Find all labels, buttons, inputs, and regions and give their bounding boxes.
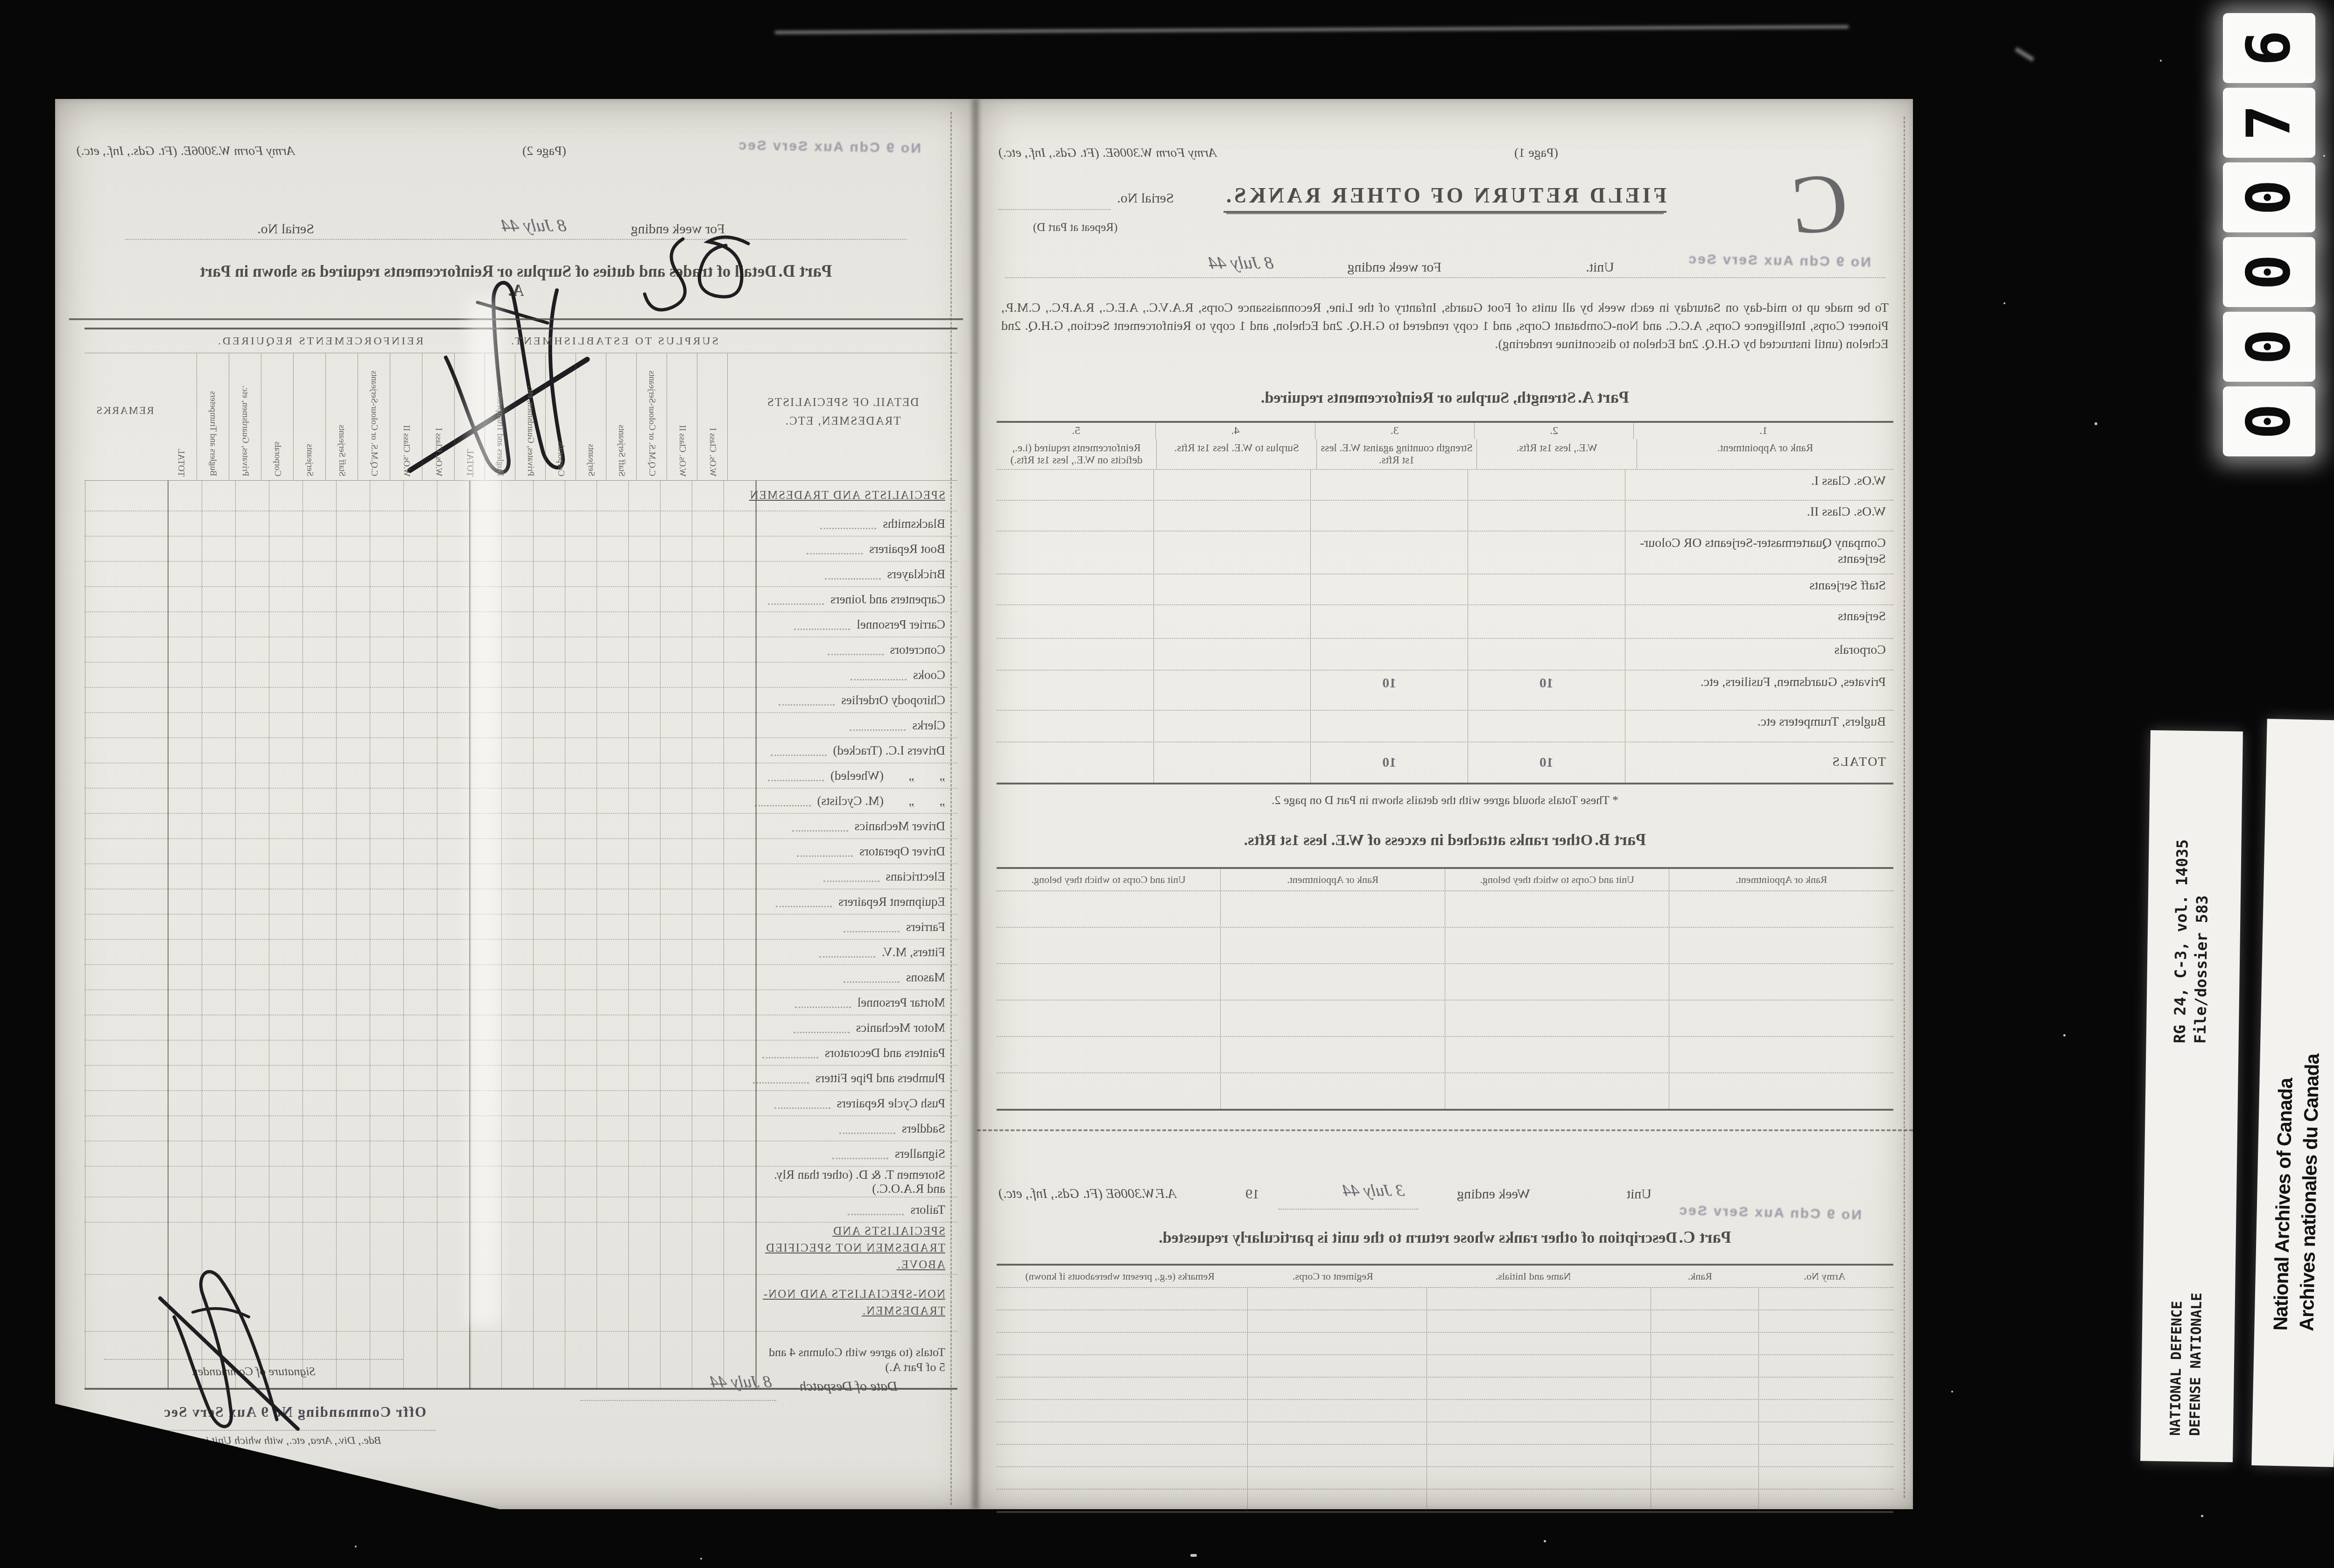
column-label: Staff Serjeants [337,425,346,476]
column-label: Serjeants [586,444,596,476]
dust-speck [1544,1540,1546,1542]
trade-row: Chiropody Orderlies [84,688,957,713]
column-header: Rank or Appointment. [1637,439,1893,469]
trade-label: Signallers [895,1147,957,1161]
counter-digit-block: 6 [2223,13,2315,83]
slip-year-label: 19 [1245,1186,1259,1202]
section-heading: SPECIALISTS AND TRADESMEN [749,489,957,502]
value-cell: 10 [1468,671,1625,710]
counter-digit-block: 0 [2223,312,2315,382]
trade-label: Motor Mechanics [856,1021,957,1035]
column-label: Serjeants [305,444,314,476]
form-page-2: No 9 Cdn Aux Serv Sec (Page 2) Army Form… [55,99,977,1509]
section-heading: NON-SPECIALISTS AND NON-TRADESMEN. [759,1286,957,1320]
value-cell [1468,711,1625,742]
trade-row: Tailors [84,1197,957,1223]
rank-row: Privates, Guardsmen, Fusiliers, etc. 10 … [997,671,1893,711]
column-header: W.E., less 1st Rfts. [1477,439,1637,469]
trade-label: Carrier Personnel [857,617,957,632]
film-scratch [2015,47,2034,62]
form-title: FIELD RETURN OF OTHER RANKS. [1223,183,1667,213]
form-number: Army Form W.3006E. (Ft. Gds., Inf., etc.… [998,146,1216,161]
table-row [997,1467,1893,1490]
dust-speck [2160,60,2162,62]
trade-label: Storemen T. & D. (other than Rly. and R.… [759,1168,957,1196]
table-row [997,1288,1893,1310]
surplus-group-header: SURPLUS TO ESTABLISHMENT. [471,329,757,353]
totals-label: TOTALS [1625,742,1893,783]
despatch-rule [580,1400,776,1401]
column-header: Unit and Corps to which they belong. [1445,869,1670,890]
value-cell [1311,639,1468,670]
value-cell [1154,470,1311,500]
part-b-table: Rank or Appointment. Unit and Corps to w… [997,867,1893,1111]
unit-rule [1005,277,1885,278]
value-cell: 10 [1468,742,1625,783]
part-d-table: SURPLUS TO ESTABLISHMENT. REINFORCEMENTS… [84,328,957,1390]
section-heading: SPECIALISTS AND TRADESMEN NOT SPECIFIED … [759,1223,957,1274]
value-cell [1154,742,1311,783]
column-number: 4. [1156,423,1315,439]
trade-label: Chiropody Orderlies [841,693,957,707]
value-cell [997,470,1154,500]
value-cell [997,639,1154,670]
dust-speck [2201,1515,2203,1517]
value-cell [1154,501,1311,531]
trade-label: Equipment Repairers [838,895,957,909]
value-cell [1154,639,1311,670]
repeat-note: (Repeat at Part D) [1033,221,1118,234]
trade-label: Carpenters and Joiners [830,592,957,607]
signature-scribble [118,1233,342,1438]
dust-speck [2095,422,2097,425]
column-label: Corporals [273,441,282,476]
part-a-footnote: * These Totals should agree with the det… [977,793,1913,807]
slip-form-ref: A.F.W.3006E (Ft. Gds., Inf., etc.) [998,1186,1176,1202]
counter-digit-block: 7 [2223,88,2315,158]
reinforcements-columns: W.Os. Class I W.Os. Class II C.Q.M.S. or… [165,353,454,480]
form-number: Army Form W.3006E. (Ft. Gds., Inf., etc.… [77,144,295,159]
column-header: Rank or Appointment. [1221,869,1446,890]
part-d-column-header-row: DETAIL OF SPECIALISTS TRADESMEN, ETC. W.… [84,353,957,481]
table-row [997,891,1893,928]
value-cell [1468,532,1625,574]
column-label: W.Os. Class I [708,428,717,476]
trade-label: Driver Operators [859,844,957,859]
table-row [997,1490,1893,1511]
column-header: Unit and Corps to which they belong. [997,869,1221,890]
part-d-heading-label: Part D. [779,262,832,281]
trade-label: Mortar Personnel [858,995,957,1010]
trade-row: Storemen T. & D. (other than Rly. and R.… [84,1167,957,1197]
counter-digit: 0 [2239,254,2299,290]
table-row [997,964,1893,1001]
part-a-table: 1. 2. 3. 4. 5. Rank or Appointment. W.E.… [997,421,1893,784]
rank-label: Corporals [1625,639,1893,670]
column-header-row: Rank or Appointment. Unit and Corps to w… [997,869,1893,891]
trade-row: Drivers I.C. (Tracked) [84,738,957,763]
trade-label: Masons [906,970,957,985]
trade-row: Boot Repairers [84,537,957,562]
trade-row: Motor Mechanics [84,1015,957,1041]
column-label: C.Q.M.S. or Colour-Serjeants [369,371,379,476]
trade-row: Carrier Personnel [84,612,957,637]
slip-date-rule [1278,1209,1418,1210]
column-label: C.Q.M.S. or Colour-Serjeants [647,371,656,476]
value-cell [1311,711,1468,742]
table-row [997,1310,1893,1333]
trade-label: Electricians [886,869,957,884]
value-cell: 10 [1311,671,1468,710]
rank-row: W.Os. Class II. [997,501,1893,532]
despatch-label: Date of Despatch [800,1379,898,1394]
table-row [997,1378,1893,1400]
table-row [997,1355,1893,1378]
part-c-table: Army No. Rank. Name and Initials. Regime… [997,1264,1893,1513]
column-label: Staff Serjeants [617,425,626,476]
despatch-value: 8 July 44 [709,1372,773,1392]
table-row [997,1333,1893,1355]
column-number-row: 1. 2. 3. 4. 5. [997,423,1893,439]
rank-label: Buglers, Trumpeters etc. [1625,711,1893,742]
part-d-group-header-row: SURPLUS TO ESTABLISHMENT. REINFORCEMENTS… [84,329,957,353]
trade-row: Electricians [84,864,957,889]
trade-row: Signallers [84,1141,957,1167]
column-number: 1. [1634,423,1893,439]
rank-row: Serjeants [997,605,1893,639]
value-cell [1154,574,1311,604]
value-cell [1311,574,1468,604]
trade-row: Mortar Personnel [84,990,957,1015]
trade-row: Clerks [84,713,957,738]
slip-week-ending-value: 3 July 44 [1341,1181,1405,1200]
dust-speck [1951,1391,1953,1393]
value-cell [1154,671,1311,710]
rank-row: Staff Serjeants [997,574,1893,605]
form-instructions: To be made up to mid-day on Saturday in … [1001,299,1889,353]
value-cell [997,532,1154,574]
rank-label: Staff Serjeants [1625,574,1893,604]
table-row [997,1001,1893,1037]
reference-text: RG 24, C-3, vol. 14035 File/dossier 583 [2170,754,2215,1043]
part-a-heading-label: Part A. [1578,388,1629,406]
counter-digit: 0 [2239,179,2299,215]
trade-label: Blacksmiths [883,517,958,531]
counter-digit: 6 [2239,30,2299,66]
trade-row: Equipment Repairers [84,889,957,915]
column-label: W.Os. Class I [434,428,443,476]
trade-label: Bricklayers [887,567,957,581]
column-header-row: Rank or Appointment. W.E., less 1st Rfts… [997,439,1893,470]
totals-row: TOTALS 10 10 [997,742,1893,783]
value-cell [1468,470,1625,500]
column-label: TOTAL [176,448,185,476]
value-cell [1468,574,1625,604]
serial-label: Serial No. [257,221,314,237]
value-cell [1468,639,1625,670]
trade-row: Blacksmiths [84,511,957,537]
page-fold-shadow [972,99,978,1509]
dust-speck [1190,1554,1197,1557]
column-number: 2. [1475,423,1634,439]
part-b-heading-label: Part B. [1595,830,1646,849]
perforated-edge [1904,117,1905,1498]
trade-row: Bricklayers [84,562,957,587]
counter-digit-block: 0 [2223,237,2315,307]
counter-digit: 7 [2239,105,2299,140]
trade-label: Driver Mechanics [855,819,957,833]
trade-row: Masons [84,965,957,990]
table-row [997,1445,1893,1467]
value-cell [997,501,1154,531]
paper-crease [468,299,500,1325]
value-cell [1311,605,1468,638]
trade-row: „ „ (Wheeled) [84,763,957,789]
trade-row: Saddlers [84,1116,957,1141]
column-number: 3. [1315,423,1475,439]
page-number-label: (Page 1) [1514,146,1558,161]
column-header: Army No. [1756,1266,1893,1287]
trade-label: Drivers I.C. (Tracked) [833,743,957,758]
trade-row: Plumbers and Pipe Fitters [84,1066,957,1091]
rank-row: Company Quartermaster-Serjeants OR Colou… [997,532,1893,574]
archives-text: National Archives of Canada Archives nat… [2267,854,2329,1331]
counter-digit-block: 0 [2223,162,2315,232]
defence-line: DEFENSE NATIONALE [2186,1193,2208,1436]
trade-label: „ „ (Wheeled) [830,769,957,783]
defence-line: NATIONAL DEFENCE [2166,1193,2189,1436]
trade-label: Boot Repairers [869,542,957,556]
trade-row: Driver Operators [84,839,957,864]
trade-row: Fitters, M.V. [84,940,957,965]
dust-speck [2323,155,2325,157]
value-cell [997,711,1154,742]
rank-label: Privates, Guardsmen, Fusiliers, etc. [1625,671,1893,710]
value-cell [997,742,1154,783]
part-c-heading-label: Part C. [1679,1228,1731,1246]
week-ending-value: 8 July 44 [1207,253,1275,273]
value-cell [1468,605,1625,638]
microfilm-frame: No 9 Cdn Aux Serv Sec (Page 2) Army Form… [0,0,2334,1568]
reinforcements-group-header: REINFORCEMENTS REQUIRED. [169,329,471,353]
column-label: Privates, Guardsmen, etc. [240,385,250,476]
table-row [997,928,1893,964]
part-c-heading-text: Description of other ranks whose return … [1159,1229,1677,1246]
rank-label: W.Os. Class II. [1625,501,1893,531]
value-cell [997,574,1154,604]
trade-row: Carpenters and Joiners [84,587,957,612]
value-cell [1311,532,1468,574]
column-header: Name and Initials. [1422,1266,1644,1287]
table-row [997,1422,1893,1445]
dust-speck [2063,1034,2066,1036]
unit-stamp: No 9 Cdn Aux Serv Sec [1678,1203,1862,1223]
value-cell [997,605,1154,638]
part-d-rule [69,318,963,320]
value-cell [997,671,1154,710]
value-cell [1154,711,1311,742]
column-label: Buglers and Trumpeters [208,391,218,476]
trade-row: Push Cycle Repairers [84,1091,957,1116]
trade-label: Plumbers and Pipe Fitters [815,1071,957,1085]
rank-label: Company Quartermaster-Serjeants OR Colou… [1625,532,1893,574]
column-label: W.Os. Class II [677,425,687,476]
perforated-edge [950,112,952,1505]
trade-row: Driver Mechanics [84,814,957,839]
column-label: W.Os. Class II [401,425,411,476]
column-header: Reinforcements required (i.e., deficits … [997,439,1157,469]
trade-label: Fitters, M.V. [882,945,957,959]
defence-text: NATIONAL DEFENCE DEFENSE NATIONALE [2166,1193,2208,1436]
value-cell [1468,501,1625,531]
trade-label: Push Cycle Repairers [837,1096,957,1111]
rank-label: W.Os. Class I. [1625,470,1893,500]
column-header: Remarks (e.g., present whereabouts if kn… [997,1266,1243,1287]
dust-speck [355,1546,357,1547]
value-cell [1154,605,1311,638]
table-row [997,1073,1893,1109]
week-ending-label: For week ending [1347,259,1441,275]
table-row [997,1400,1893,1422]
remarks-column-header: REMARKS [84,353,165,480]
section-row: SPECIALISTS AND TRADESMEN [84,481,957,511]
column-header: Surplus to W.E. less 1st Rfts. [1157,439,1317,469]
value-cell [1154,532,1311,574]
column-label: Corporals [556,441,565,476]
rank-row: W.Os. Class I. [997,470,1893,501]
counter-digit: 0 [2239,403,2299,439]
column-header: Rank. [1644,1266,1756,1287]
column-number: 5. [997,423,1156,439]
serial-label: Serial No. [1117,190,1174,206]
rank-label: Serjeants [1625,605,1893,638]
totals-label: Totals (to agree with Columns 4 and 5 of… [768,1345,957,1375]
part-b-heading-text: Other ranks attached in excess of W.E. l… [1244,832,1593,849]
detail-column-header: DETAIL OF SPECIALISTS TRADESMEN, ETC. [728,353,957,480]
part-a-heading-text: Strength, Surplus or Reinforcements requ… [1261,389,1576,406]
column-header-row: Army No. Rank. Name and Initials. Regime… [997,1266,1893,1288]
trade-label: Farriers [906,920,957,934]
column-header: Strength counting against W.E. less 1st … [1317,439,1477,469]
reference-label-strip: RG 24, C-3, vol. 14035 File/dossier 583 … [2140,730,2243,1463]
unit-label: Unit. [1586,259,1614,275]
counter-digit: 0 [2239,329,2299,364]
slip-unit-label: Unit [1627,1186,1652,1202]
table-row [997,1037,1893,1073]
trade-row: Cooks [84,663,957,688]
film-scratch [775,25,1849,34]
dust-speck [700,1558,702,1560]
unit-stamp: No 9 Cdn Aux Serv Sec [1687,252,1871,271]
column-header: Rank or Appointment. [1670,869,1894,890]
slip-week-ending-label: Week ending [1457,1186,1530,1202]
reference-line: File/dossier 583 [2190,754,2215,1044]
column-label: Privates, Guardsmen, etc. [526,385,535,476]
value-cell: 10 [1311,742,1468,783]
rank-row: Corporals [997,639,1893,671]
value-cell [1311,470,1468,500]
dust-speck [2004,302,2005,304]
archives-label-strip: National Archives of Canada Archives nat… [2251,719,2334,1467]
counter-digit-block: 0 [2223,386,2315,456]
trade-label: „ „ (M. Cyclists) [817,794,957,808]
trade-row: Concretors [84,637,957,663]
rank-row: Buglers, Trumpeters etc. [997,711,1893,742]
column-header: Regiment or Corps. [1243,1266,1422,1287]
value-cell [1311,501,1468,531]
trade-label: Painters and Decorators [825,1046,957,1060]
page-number-label: (Page 2) [522,144,566,159]
form-page-1: (Page 1) Army Form W.3006E. (Ft. Gds., I… [977,99,1913,1509]
unit-stamp: No 9 Cdn Aux Serv Sec [737,138,921,157]
trade-label: Concretors [890,643,957,657]
trade-row: „ „ (M. Cyclists) [84,789,957,814]
serial-rule [998,209,1111,210]
trade-row: Farriers [84,915,957,940]
trade-row: Painters and Decorators [84,1041,957,1066]
trade-label: Saddlers [902,1121,957,1136]
perforation-line [977,1129,1913,1131]
